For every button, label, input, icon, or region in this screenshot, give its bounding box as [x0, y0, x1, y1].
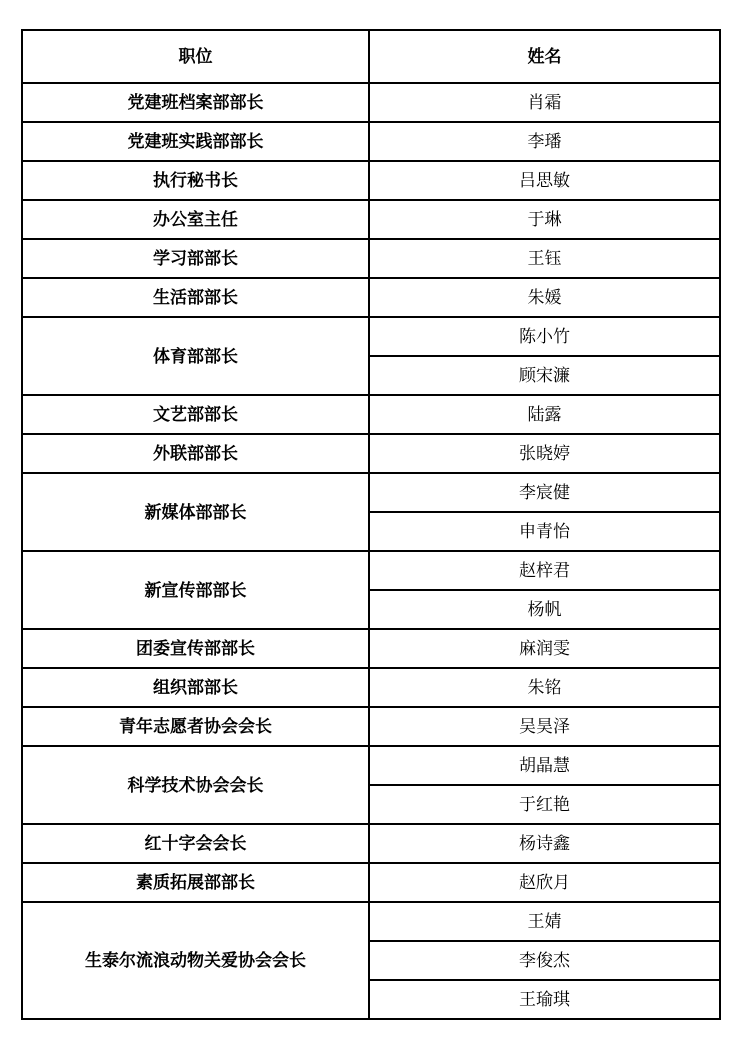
position-cell: 党建班档案部部长	[22, 83, 369, 122]
position-cell: 党建班实践部部长	[22, 122, 369, 161]
name-cell: 于红艳	[369, 785, 720, 824]
name-cell: 李宸健	[369, 473, 720, 512]
name-cell: 赵欣月	[369, 863, 720, 902]
table-row: 党建班实践部部长李璠	[22, 122, 720, 161]
header-position: 职位	[22, 30, 369, 83]
position-cell: 新媒体部部长	[22, 473, 369, 551]
name-cell: 胡晶慧	[369, 746, 720, 785]
table-row: 学习部部长王钰	[22, 239, 720, 278]
name-cell: 赵梓君	[369, 551, 720, 590]
table-row: 外联部部长张晓婷	[22, 434, 720, 473]
name-cell: 吕思敏	[369, 161, 720, 200]
roster-table: 职位 姓名 党建班档案部部长肖霜党建班实践部部长李璠执行秘书长吕思敏办公室主任于…	[21, 29, 721, 1020]
position-cell: 红十字会会长	[22, 824, 369, 863]
table-row: 素质拓展部部长赵欣月	[22, 863, 720, 902]
position-cell: 青年志愿者协会会长	[22, 707, 369, 746]
position-cell: 学习部部长	[22, 239, 369, 278]
name-cell: 申青怡	[369, 512, 720, 551]
table-row: 科学技术协会会长胡晶慧	[22, 746, 720, 785]
table-row: 新宣传部部长赵梓君	[22, 551, 720, 590]
position-cell: 组织部部长	[22, 668, 369, 707]
table-row: 组织部部长朱铭	[22, 668, 720, 707]
table-row: 体育部部长陈小竹	[22, 317, 720, 356]
name-cell: 王瑜琪	[369, 980, 720, 1019]
position-cell: 外联部部长	[22, 434, 369, 473]
document-page: 职位 姓名 党建班档案部部长肖霜党建班实践部部长李璠执行秘书长吕思敏办公室主任于…	[0, 0, 736, 1043]
name-cell: 李璠	[369, 122, 720, 161]
table-row: 团委宣传部部长麻润雯	[22, 629, 720, 668]
table-row: 红十字会会长杨诗鑫	[22, 824, 720, 863]
name-cell: 杨诗鑫	[369, 824, 720, 863]
name-cell: 王婧	[369, 902, 720, 941]
table-row: 文艺部部长陆露	[22, 395, 720, 434]
position-cell: 生活部部长	[22, 278, 369, 317]
position-cell: 素质拓展部部长	[22, 863, 369, 902]
table-row: 新媒体部部长李宸健	[22, 473, 720, 512]
table-header-row: 职位 姓名	[22, 30, 720, 83]
name-cell: 陆露	[369, 395, 720, 434]
table-row: 青年志愿者协会会长吴昊泽	[22, 707, 720, 746]
position-cell: 执行秘书长	[22, 161, 369, 200]
position-cell: 新宣传部部长	[22, 551, 369, 629]
position-cell: 文艺部部长	[22, 395, 369, 434]
header-name: 姓名	[369, 30, 720, 83]
position-cell: 生泰尔流浪动物关爱协会会长	[22, 902, 369, 1019]
name-cell: 肖霜	[369, 83, 720, 122]
name-cell: 朱铭	[369, 668, 720, 707]
name-cell: 陈小竹	[369, 317, 720, 356]
table-row: 执行秘书长吕思敏	[22, 161, 720, 200]
table-row: 生泰尔流浪动物关爱协会会长王婧	[22, 902, 720, 941]
table-row: 办公室主任于琳	[22, 200, 720, 239]
name-cell: 朱媛	[369, 278, 720, 317]
name-cell: 麻润雯	[369, 629, 720, 668]
name-cell: 吴昊泽	[369, 707, 720, 746]
name-cell: 李俊杰	[369, 941, 720, 980]
position-cell: 团委宣传部部长	[22, 629, 369, 668]
name-cell: 于琳	[369, 200, 720, 239]
position-cell: 体育部部长	[22, 317, 369, 395]
name-cell: 张晓婷	[369, 434, 720, 473]
name-cell: 顾宋濂	[369, 356, 720, 395]
name-cell: 王钰	[369, 239, 720, 278]
table-row: 生活部部长朱媛	[22, 278, 720, 317]
name-cell: 杨帆	[369, 590, 720, 629]
position-cell: 科学技术协会会长	[22, 746, 369, 824]
table-row: 党建班档案部部长肖霜	[22, 83, 720, 122]
position-cell: 办公室主任	[22, 200, 369, 239]
